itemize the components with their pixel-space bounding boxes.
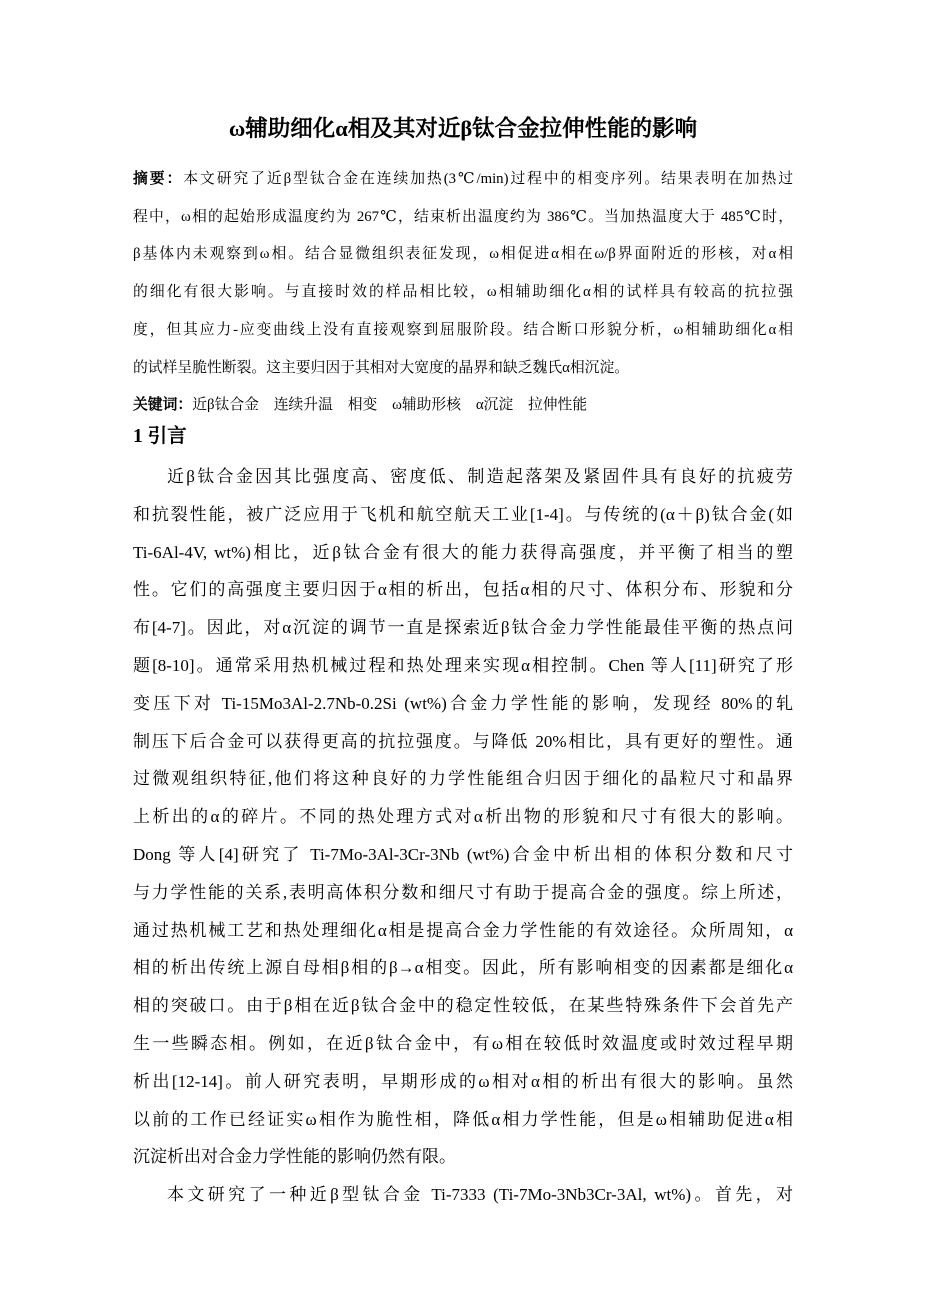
abstract-line-first: 摘要：本文研究了近β型钛合金在连续加热(3℃/min)过程中的相变序列。结果表明… <box>133 161 793 199</box>
text-line: 生一些瞬态相。例如，在近β钛合金中，有ω相在较低时效温度或时效过程早期 <box>133 1025 793 1063</box>
text-line: 析出[12-14]。前人研究表明，早期形成的ω相对α相的析出有很大的影响。虽然 <box>133 1063 793 1101</box>
text-line: 过微观组织特征,他们将这种良好的力学性能组合归因于细化的晶粒尺寸和晶界 <box>133 760 793 798</box>
text-line: 近β钛合金因其比强度高、密度低、制造起落架及紧固件具有良好的抗疲劳 <box>133 458 793 496</box>
text-line: 本文研究了一种近β型钛合金 Ti-7333 (Ti-7Mo-3Nb3Cr-3Al… <box>133 1176 793 1214</box>
abstract-line: 的试样呈脆性断裂。这主要归因于其相对大宽度的晶界和缺乏魏氏α相沉淀。 <box>133 350 793 388</box>
keywords-text: 近β钛合金 连续升温 相变 ω辅助形核 α沉淀 拉伸性能 <box>192 397 587 413</box>
intro-paragraph-2: 本文研究了一种近β型钛合金 Ti-7333 (Ti-7Mo-3Nb3Cr-3Al… <box>133 1176 793 1214</box>
abstract-line: 的细化有很大影响。与直接时效的样品相比较，ω相辅助细化α相的试样具有较高的抗拉强 <box>133 274 793 312</box>
text-line: 变压下对 Ti-15Mo3Al-2.7Nb-0.2Si (wt%)合金力学性能的… <box>133 685 793 723</box>
text-line: 性。它们的高强度主要归因于α相的析出，包括α相的尺寸、体积分布、形貌和分 <box>133 571 793 609</box>
abstract-line-text: 本文研究了近β型钛合金在连续加热(3℃/min)过程中的相变序列。结果表明在加热… <box>183 171 793 187</box>
abstract-paragraph: 摘要：本文研究了近β型钛合金在连续加热(3℃/min)过程中的相变序列。结果表明… <box>133 161 793 387</box>
abstract-line: 度，但其应力-应变曲线上没有直接观察到屈服阶段。结合断口形貌分析，ω相辅助细化α… <box>133 312 793 350</box>
text-line: 题[8-10]。通常采用热机械过程和热处理来实现α相控制。Chen 等人[11]… <box>133 647 793 685</box>
text-line: 相的突破口。由于β相在近β钛合金中的稳定性较低，在某些特殊条件下会首先产 <box>133 987 793 1025</box>
text-line: 沉淀析出对合金力学性能的影响仍然有限。 <box>133 1138 793 1176</box>
paper-title: ω辅助细化α相及其对近β钛合金拉伸性能的影响 <box>0 108 926 150</box>
keywords-label: 关键词： <box>133 397 192 413</box>
section-heading-introduction: 1 引言 <box>133 417 793 457</box>
text-line: 通过热机械工艺和热处理细化α相是提高合金力学性能的有效途径。众所周知，α <box>133 912 793 950</box>
text-line: 以前的工作已经证实ω相作为脆性相，降低α相力学性能，但是ω相辅助促进α相 <box>133 1101 793 1139</box>
text-line: Dong 等人[4]研究了 Ti-7Mo-3Al-3Cr-3Nb (wt%)合金… <box>133 836 793 874</box>
text-line: Ti-6Al-4V, wt%)相比，近β钛合金有很大的能力获得高强度，并平衡了相… <box>133 534 793 572</box>
abstract-line: 程中，ω相的起始形成温度约为 267℃，结束析出温度约为 386℃。当加热温度大… <box>133 199 793 237</box>
text-line: 与力学性能的关系,表明高体积分数和细尺寸有助于提高合金的强度。综上所述， <box>133 874 793 912</box>
text-line: 相的析出传统上源自母相β相的β→α相变。因此，所有影响相变的因素都是细化α <box>133 949 793 987</box>
abstract-line: β基体内未观察到ω相。结合显微组织表征发现，ω相促进α相在ω/β界面附近的形核，… <box>133 236 793 274</box>
intro-paragraph-1: 近β钛合金因其比强度高、密度低、制造起落架及紧固件具有良好的抗疲劳和抗裂性能，被… <box>133 458 793 1176</box>
text-line: 布[4-7]。因此，对α沉淀的调节一直是探索近β钛合金力学性能最佳平衡的热点问 <box>133 609 793 647</box>
abstract-label: 摘要： <box>133 171 183 187</box>
text-line: 上析出的α的碎片。不同的热处理方式对α析出物的形貌和尺寸有很大的影响。 <box>133 798 793 836</box>
text-line: 和抗裂性能，被广泛应用于飞机和航空航天工业[1-4]。与传统的(α＋β)钛合金(… <box>133 496 793 534</box>
document-page: ω辅助细化α相及其对近β钛合金拉伸性能的影响 摘要：本文研究了近β型钛合金在连续… <box>0 0 926 1309</box>
text-line: 制压下后合金可以获得更高的抗拉强度。与降低 20%相比，具有更好的塑性。通 <box>133 723 793 761</box>
